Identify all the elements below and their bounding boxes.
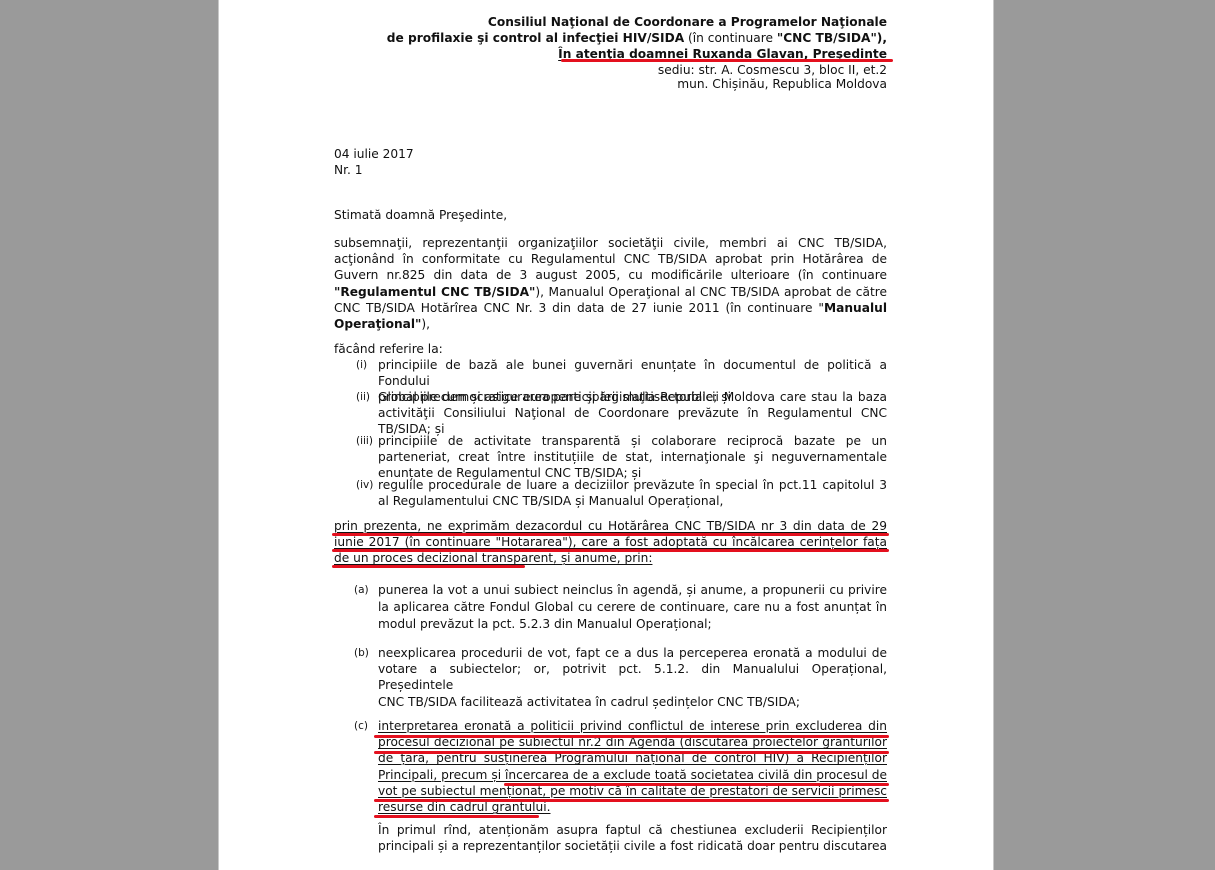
- document-page: Consiliul Naţional de Coordonare a Progr…: [218, 0, 994, 870]
- salutation: Stimată doamnă Preşedinte,: [334, 207, 507, 223]
- manual-term: Manualul: [824, 301, 887, 315]
- regulament-term: "Regulamentul CNC TB/SIDA": [334, 285, 535, 299]
- letter-number: Nr. 1: [334, 162, 363, 178]
- referring-lead: făcând referire la:: [334, 341, 443, 357]
- highlight-mark: [332, 533, 889, 536]
- reference-text: activităţii Consiliului Naţional de Coor…: [378, 405, 887, 421]
- reference-label: (i): [356, 357, 367, 373]
- reference-text: al Regulamentului CNC TB/SIDA și Manualu…: [378, 493, 887, 509]
- statement-paragraph: prin prezenta, ne exprimăm dezacordul cu…: [334, 518, 887, 567]
- closing-paragraph: În primul rînd, atenționăm asupra faptul…: [378, 822, 887, 854]
- recipient-line-2-bold-b: "CNC TB/SIDA"),: [777, 31, 887, 45]
- reference-label: (ii): [356, 389, 370, 405]
- intro-line: subsemnaţii, reprezentanţii organizaţiil…: [334, 235, 887, 251]
- intro-line: Operaţional"),: [334, 316, 887, 332]
- highlight-mark: [374, 735, 889, 738]
- recipient-line-2-bold: de profilaxie şi control al infecţiei HI…: [387, 31, 684, 45]
- point-text: neexplicarea procedurii de vot, fapt ce …: [378, 645, 887, 661]
- recipient-line-1: Consiliul Naţional de Coordonare a Progr…: [488, 14, 887, 30]
- closing-line: În primul rînd, atenționăm asupra faptul…: [378, 822, 887, 838]
- intro-line-end: ),: [421, 317, 430, 331]
- intro-line-text: CNC TB/SIDA Hotărîrea CNC Nr. 3 din data…: [334, 301, 824, 315]
- manual-term-end: Operaţional": [334, 317, 421, 331]
- recipient-city: mun. Chișinău, Republica Moldova: [677, 76, 887, 92]
- reference-text: principiile democratice europene şi legi…: [378, 389, 887, 405]
- highlight-mark: [332, 549, 889, 552]
- statement-line: iunie 2017 (în continuare "Hotararea"), …: [334, 534, 887, 550]
- reference-label: (iv): [356, 477, 373, 493]
- intro-line: Guvern nr.825 din data de 3 august 2005,…: [334, 267, 887, 283]
- point-text: interpretarea eronată a politicii privin…: [378, 718, 887, 734]
- intro-line: CNC TB/SIDA Hotărîrea CNC Nr. 3 din data…: [334, 300, 887, 316]
- statement-line: prin prezenta, ne exprimăm dezacordul cu…: [334, 518, 887, 534]
- recipient-line-2: de profilaxie şi control al infecţiei HI…: [387, 30, 887, 46]
- highlight-mark: [561, 59, 893, 62]
- intro-line: acţionând în conformitate cu Regulamentu…: [334, 251, 887, 267]
- intro-paragraph: subsemnaţii, reprezentanţii organizaţiil…: [334, 235, 887, 332]
- highlight-mark: [504, 783, 889, 786]
- point-text: la aplicarea către Fondul Global cu cere…: [378, 599, 887, 616]
- highlight-mark: [374, 815, 539, 818]
- intro-line-rest: ), Manualul Operaţional al CNC TB/SIDA a…: [535, 285, 887, 299]
- reference-text: principiile de activitate transparentă ș…: [378, 433, 887, 449]
- point-text: Principali, precum și încercarea de a ex…: [378, 767, 887, 783]
- letter-date: 04 iulie 2017: [334, 146, 414, 162]
- intro-line: "Regulamentul CNC TB/SIDA"), Manualul Op…: [334, 284, 887, 300]
- point-label: (a): [354, 582, 369, 598]
- point-text: modul prevăzut la pct. 5.2.3 din Manualu…: [378, 616, 887, 633]
- reference-text: regulile procedurale de luare a deciziil…: [378, 477, 887, 493]
- point-text: CNC TB/SIDA facilitează activitatea în c…: [378, 694, 887, 710]
- point-label: (c): [354, 718, 368, 734]
- closing-line: principali și a reprezentanților societă…: [378, 838, 887, 854]
- reference-label: (iii): [356, 433, 373, 449]
- point-text: punerea la vot a unui subiect neinclus î…: [378, 582, 887, 599]
- highlight-mark: [374, 799, 889, 802]
- reference-text: principiile de bază ale bunei guvernări …: [378, 357, 887, 389]
- point-text: votare a subiectelor; or, potrivit pct. …: [378, 661, 887, 693]
- recipient-line-2-normal: (în continuare: [684, 31, 777, 45]
- reference-text: parteneriat, creat între instituțiile de…: [378, 449, 887, 465]
- point-label: (b): [354, 645, 369, 661]
- highlight-mark: [332, 565, 525, 568]
- highlight-mark: [374, 751, 889, 754]
